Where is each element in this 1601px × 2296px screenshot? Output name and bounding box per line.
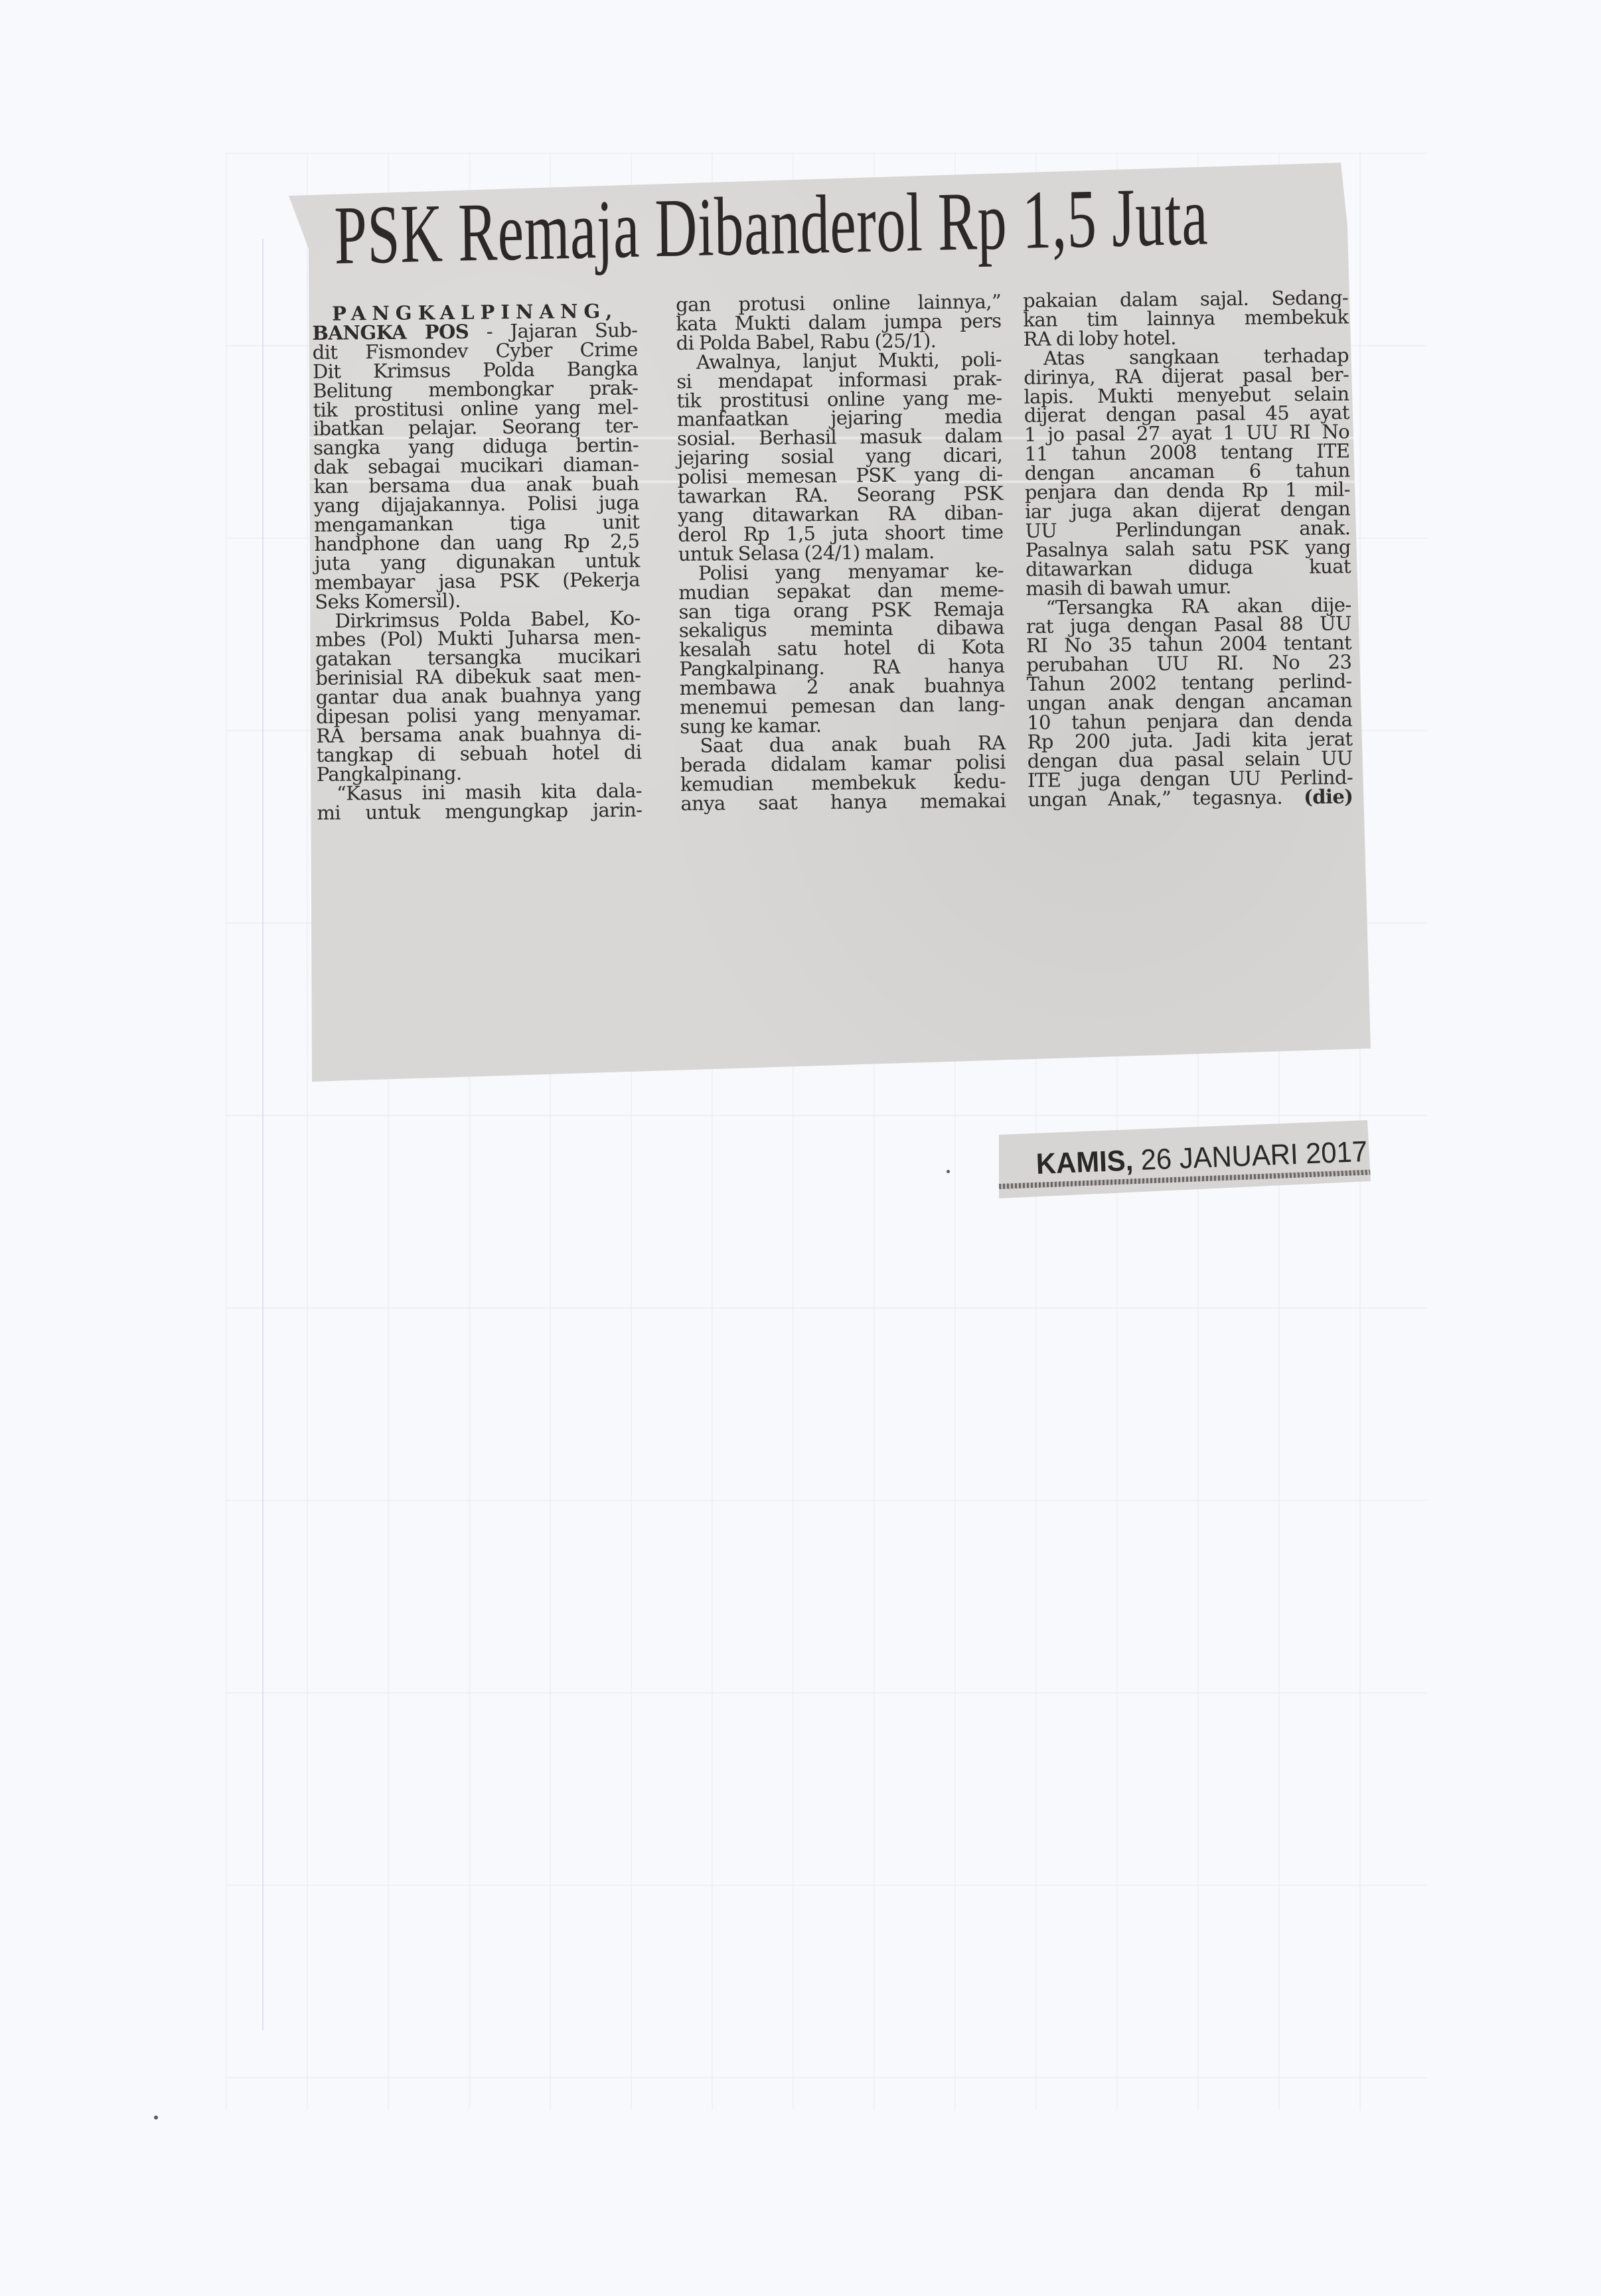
publication-day: KAMIS, xyxy=(1035,1144,1134,1181)
author-byline: (die) xyxy=(1304,785,1353,808)
scan-speck xyxy=(947,1170,950,1173)
text-line: anya saat hanya memakai xyxy=(680,791,1006,814)
newspaper-clipping: PSK Remaja Dibanderol Rp 1,5 Juta PANGKA… xyxy=(289,163,1371,1082)
publication-date-value: 26 JANUARI 2017 xyxy=(1140,1135,1368,1177)
text-line: kan tim lainnya membekuk xyxy=(1023,307,1348,330)
text-line: menemui pemesan dan lang- xyxy=(680,695,1005,717)
article-headline: PSK Remaja Dibanderol Rp 1,5 Juta xyxy=(334,179,1031,278)
article-column-3: pakaian dalam sajal. Sedang-kan tim lain… xyxy=(1023,288,1353,809)
article-column-1: PANGKALPINANG, BANGKA POS - Jajaran Sub-… xyxy=(312,301,642,822)
text-line: ungan Anak,” tegasnya. (die) xyxy=(1028,787,1353,810)
text-line: mi untuk mengungkap jarin- xyxy=(317,800,642,823)
scan-speck xyxy=(154,2116,158,2119)
article-column-2: gan protusi online lainnya,”kata Mukti d… xyxy=(676,292,1006,813)
text-line: membayar jasa PSK (Pekerja xyxy=(315,570,640,593)
backing-sheet-margin-line xyxy=(262,239,264,2031)
text-line: tangkap di sebuah hotel di xyxy=(316,743,641,765)
